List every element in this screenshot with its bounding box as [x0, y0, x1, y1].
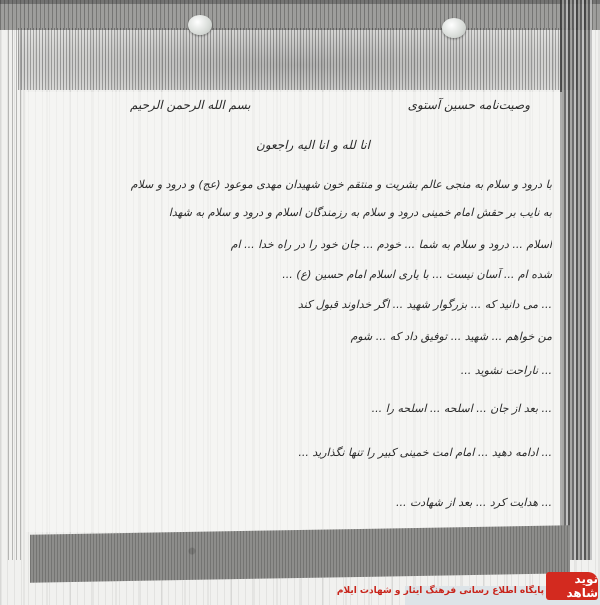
body-line: ... بعد از جان ... اسلحه ... اسلحه را ..… — [32, 402, 552, 415]
handwritten-will: وصیت‌نامه حسین آستوی بسم الله الرحمن الر… — [26, 92, 560, 532]
body-line: شده ام ... آسان نیست ... با یاری اسلام ا… — [32, 268, 552, 281]
body-line: ... می دانید که ... بزرگوار شهید ... اگر… — [32, 298, 552, 311]
scan-right-edge — [560, 0, 592, 560]
pin-icon — [188, 15, 212, 35]
watermark-text: پایگاه اطلاع رسانی فرهنگ ایثار و شهادت ا… — [337, 586, 544, 596]
scan-noise-band — [18, 28, 578, 90]
title-row: وصیت‌نامه حسین آستوی بسم الله الرحمن الر… — [130, 98, 530, 118]
body-line: ... هدایت کرد ... بعد از شهادت ... — [32, 496, 552, 509]
pin-icon — [442, 18, 466, 38]
scan-left-edge — [8, 30, 24, 560]
body-line: اسلام ... درود و سلام به شما ... خودم ..… — [32, 238, 552, 251]
body-line: ... ناراحت نشوید ... — [32, 364, 552, 377]
will-title: وصیت‌نامه حسین آستوی — [408, 98, 530, 118]
body-line: با درود و سلام به منجی عالم بشریت و منتق… — [32, 178, 552, 191]
body-line: من خواهم ... شهید ... توفیق داد که ... ش… — [32, 330, 552, 343]
body-line: به نایب بر حقش امام خمینی درود و سلام به… — [32, 206, 552, 219]
scan-top-border — [0, 0, 600, 30]
body-line: ... ادامه دهید ... امام امت خمینی کبیر ر… — [32, 446, 552, 459]
site-watermark: نوید شاهد پایگاه اطلاع رسانی فرهنگ ایثار… — [405, 572, 600, 605]
basmala: بسم الله الرحمن الرحیم — [130, 98, 251, 118]
navid-shahed-logo: نوید شاهد — [546, 572, 598, 600]
quran-verse: انا لله و انا الیه راجعون — [26, 138, 560, 152]
